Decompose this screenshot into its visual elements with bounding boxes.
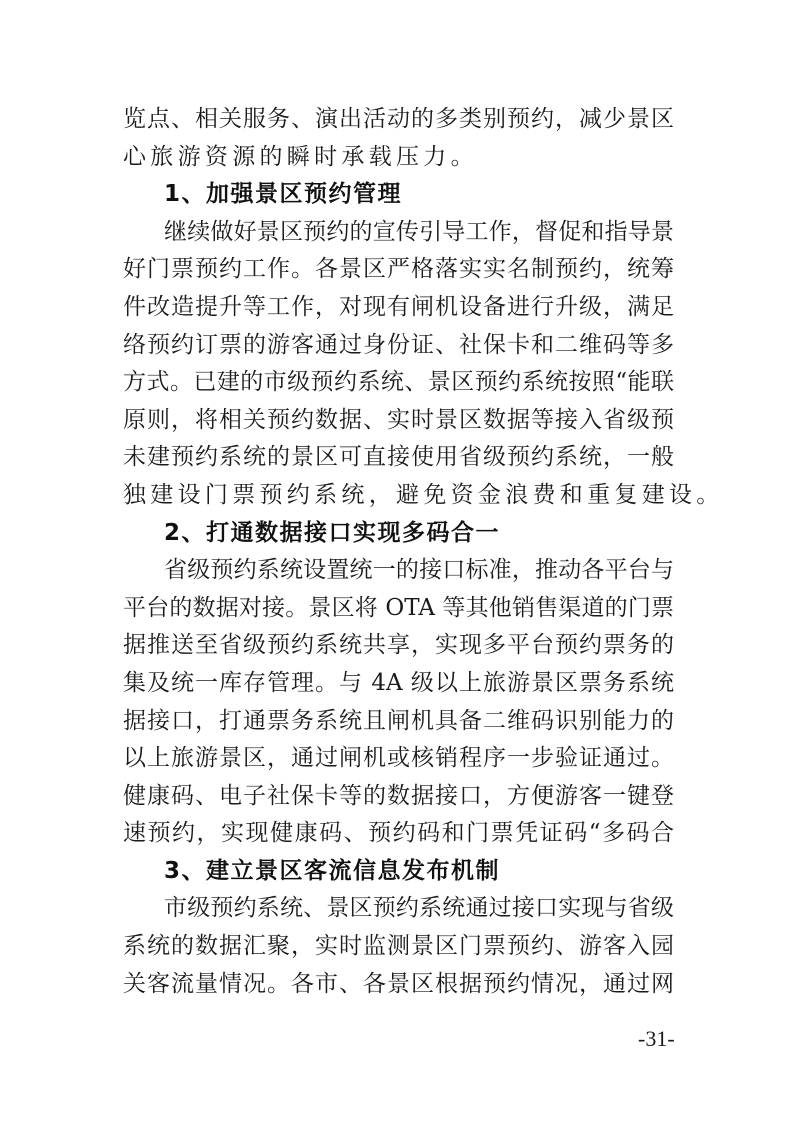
paragraph-line: 集及统一库存管理。与 4A 级以上旅游景区票务系统建立数 [123, 665, 674, 703]
body-text: 览点、相关服务、演出活动的多类别预约，减少景区及其核 心旅游资源的瞬时承载压力。… [123, 101, 674, 1003]
paragraph-line: 独建设门票预约系统，避免资金浪费和重复建设。 [123, 477, 674, 515]
section-heading-1: 1、加强景区预约管理 [123, 176, 674, 214]
section-heading-3: 3、建立景区客流信息发布机制 [123, 853, 674, 891]
paragraph-line: 好门票预约工作。各景区严格落实实名制预约，统筹考虑硬 [123, 251, 674, 289]
section-heading-2: 2、打通数据接口实现多码合一 [123, 515, 674, 553]
paragraph-line: 关客流量情况。各市、各景区根据预约情况，通过网站、微 [123, 966, 674, 1004]
paragraph-line: 方式。已建的市级预约系统、景区预约系统按照“能联尽联” [123, 364, 674, 402]
paragraph-line: 络预约订票的游客通过身份证、社保卡和二维码等多种验票 [123, 327, 674, 365]
paragraph-line: 速预约，实现健康码、预约码和门票凭证码“多码合一”。 [123, 815, 674, 853]
page-number: -31- [638, 1026, 675, 1052]
paragraph-line: 系统的数据汇聚，实时监测景区门票预约、游客入园数等相 [123, 928, 674, 966]
paragraph-line: 件改造提升等工作，对现有闸机设备进行升级，满足完成网 [123, 289, 674, 327]
document-page: 览点、相关服务、演出活动的多类别预约，减少景区及其核 心旅游资源的瞬时承载压力。… [0, 0, 793, 1122]
paragraph-line: 览点、相关服务、演出活动的多类别预约，减少景区及其核 [123, 101, 674, 139]
paragraph-line: 未建预约系统的景区可直接使用省级预约系统，一般不再单 [123, 439, 674, 477]
paragraph-line: 据接口，打通票务系统且闸机具备二维码识别能力的 4A 级 [123, 703, 674, 741]
paragraph-line: 心旅游资源的瞬时承载压力。 [123, 139, 674, 177]
paragraph-line: 平台的数据对接。景区将 OTA 等其他销售渠道的门票销售数 [123, 590, 674, 628]
paragraph-line: 健康码、电子社保卡等的数据接口，方便游客一键登录，快 [123, 778, 674, 816]
paragraph-line: 原则，将相关预约数据、实时景区数据等接入省级预约系统； [123, 402, 674, 440]
paragraph-line: 继续做好景区预约的宣传引导工作，督促和指导景区做 [123, 214, 674, 252]
paragraph-line: 省级预约系统设置统一的接口标准，推动各平台与省级 [123, 552, 674, 590]
paragraph-line: 以上旅游景区，通过闸机或核销程序一步验证通过。打通与 [123, 740, 674, 778]
paragraph-line: 市级预约系统、景区预约系统通过接口实现与省级预约 [123, 890, 674, 928]
paragraph-line: 据推送至省级预约系统共享，实现多平台预约票务的数据汇 [123, 627, 674, 665]
